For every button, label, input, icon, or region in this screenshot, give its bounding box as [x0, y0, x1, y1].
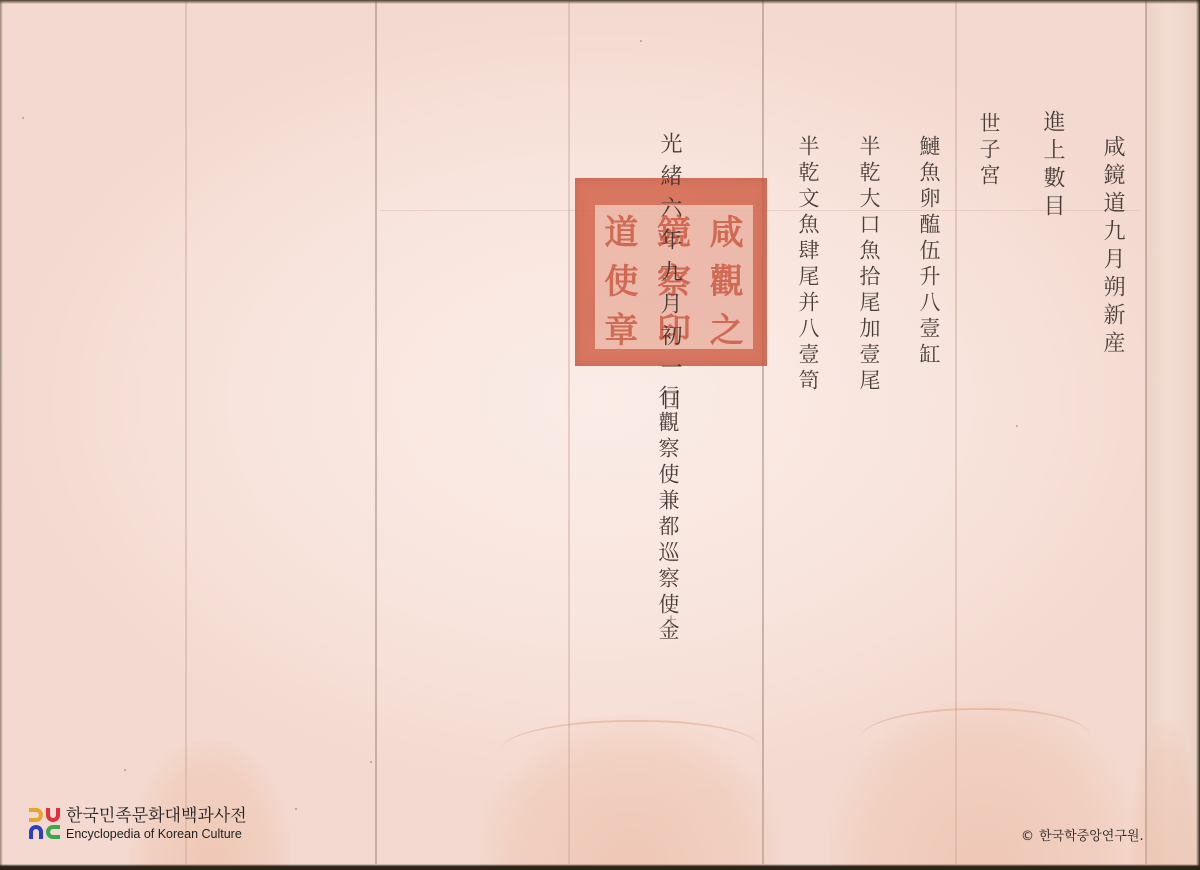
encyclopedia-logo[interactable]: 한국민족문화대백과사전 Encyclopedia of Korean Cultu…: [29, 808, 247, 841]
copyright-holder: 한국학중앙연구원.: [1039, 829, 1144, 844]
scan-edge-left: [0, 0, 3, 870]
signature-mark: 一十: [662, 603, 678, 627]
copyright-notice: ©한국학중앙연구원.: [1021, 825, 1144, 844]
fold-line: [762, 0, 764, 864]
water-stain-edge: [860, 708, 1090, 770]
water-stain: [1130, 720, 1200, 870]
seal-char: 之: [700, 303, 753, 352]
column-date: 光緒六年九月初一日: [658, 132, 680, 420]
seal-char: 咸: [700, 205, 753, 254]
paper-speck: [124, 769, 126, 771]
paper-speck: [1016, 425, 1018, 427]
paper-speck: [370, 761, 372, 763]
fold-line: [185, 0, 187, 864]
seal-char: 章: [595, 303, 648, 352]
logo-title-english: Encyclopedia of Korean Culture: [66, 828, 247, 841]
column-header: 咸鏡道九月朔新産: [1101, 135, 1123, 359]
paper-speck: [640, 40, 642, 42]
paper-speck: [295, 808, 297, 810]
column-item-3: 半乾文魚肆尾并八壹笥: [797, 135, 818, 395]
scan-edge-top: [0, 0, 1200, 4]
logo-title-korean: 한국민족문화대백과사전: [66, 808, 247, 825]
column-recipient: 世子宮: [978, 112, 999, 190]
copyright-icon: ©: [1021, 829, 1034, 844]
scan-edge-right: [1196, 0, 1200, 870]
encykorea-logo-icon: [29, 808, 61, 840]
scan-edge-bottom: [0, 864, 1200, 870]
column-offering: 進上數目: [1041, 110, 1063, 222]
column-item-1: 鰱魚卵醢伍升八壹缸: [918, 135, 939, 369]
seal-char: 使: [595, 254, 648, 303]
column-item-2: 半乾大口魚拾尾加壹尾: [858, 135, 879, 395]
document-scan: 咸鏡道九月朔新産 進上數目 世子宮 鰱魚卵醢伍升八壹缸 半乾大口魚拾尾加壹尾 半…: [0, 0, 1200, 870]
fold-line: [375, 0, 377, 864]
seal-char: 道: [595, 205, 648, 254]
paper-speck: [22, 117, 24, 119]
water-stain: [130, 740, 290, 870]
seal-char: 觀: [700, 254, 753, 303]
water-stain-edge: [500, 720, 760, 782]
